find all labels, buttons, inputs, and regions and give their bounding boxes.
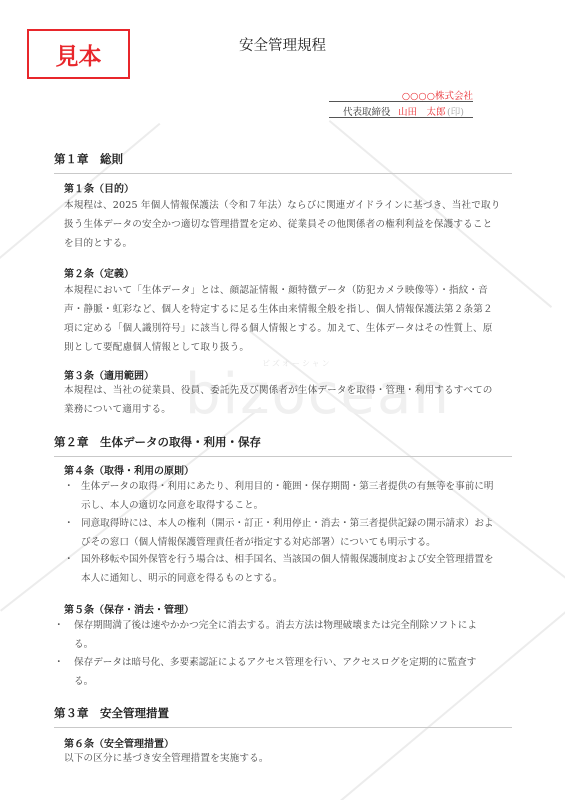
chapter-rule <box>54 727 512 728</box>
article-heading: 第５条（保存・消去・管理） <box>64 601 194 616</box>
text-line: 扱う生体データの安全かつ適切な管理措置を定め、従業員その他関係者の権利利益を保護… <box>64 215 510 234</box>
signature-block: ○○○○株式会社 代表取締役 山田 太郎 (印) <box>329 0 473 120</box>
text-line: る。 <box>74 672 510 691</box>
chapter-title: 第３章 安全管理措置 <box>54 706 169 720</box>
company-name: ○○○○株式会社 <box>402 88 473 102</box>
document-title: 安全管理規程 <box>0 34 565 55</box>
bullet-icon: ・ <box>54 653 64 672</box>
chapter-rule <box>54 173 512 174</box>
text-line: 本規程は、当社の従業員、役員、委託先及び関係者が生体データを取得・管理・利用する… <box>64 381 510 400</box>
chapter-rule <box>54 456 512 457</box>
article-heading: 第１条（目的） <box>64 180 134 195</box>
text-line: 示し、本人の適切な同意を取得すること。 <box>81 496 510 515</box>
seal-mark: (印) <box>447 104 464 118</box>
bullet-icon: ・ <box>64 550 74 569</box>
text-line: 以下の区分に基づき安全管理措置を実施する。 <box>64 749 510 768</box>
article-body: 本規程は、2025 年個人情報保護法（令和７年法）ならびに関連ガイドラインに基づ… <box>64 196 510 253</box>
article-body: 本規程は、当社の従業員、役員、委託先及び関係者が生体データを取得・管理・利用する… <box>64 381 510 419</box>
watermark-kana: ビズオーシャン <box>262 358 332 369</box>
text-line: 本規程において「生体データ」とは、顔認証情報・顔特徴データ（防犯カメラ映像等）・… <box>64 281 510 300</box>
text-line: 業務について適用する。 <box>64 400 510 419</box>
chapter-title: 第２章 生体データの取得・利用・保存 <box>54 435 261 449</box>
text-line: 則として要配慮個人情報として取り扱う。 <box>64 338 510 357</box>
article-heading: 第４条（取得・利用の原則） <box>64 462 194 477</box>
text-line: 本規程は、2025 年個人情報保護法（令和７年法）ならびに関連ガイドラインに基づ… <box>64 196 510 215</box>
representative-role: 代表取締役 <box>343 104 391 118</box>
text-line: 本人に通知し、明示的同意を得るものとする。 <box>81 569 510 588</box>
representative-name: 山田 太郎 <box>398 104 446 118</box>
text-line: を目的とする。 <box>64 234 510 253</box>
text-line: 国外移転や国外保管を行う場合は、相手国名、当該国の個人情報保護制度および安全管理… <box>81 550 510 569</box>
article-heading: 第２条（定義） <box>64 265 134 280</box>
article-heading: 第６条（安全管理措置） <box>64 735 174 750</box>
article-heading: 第３条（適用範囲） <box>64 367 154 382</box>
bullet-icon: ・ <box>64 514 74 533</box>
text-line: 生体データの取得・利用にあたり、利用目的・範囲・保存期間・第三者提供の有無等を事… <box>81 477 510 496</box>
article-body: 以下の区分に基づき安全管理措置を実施する。 <box>64 749 510 768</box>
text-line: る。 <box>74 635 510 654</box>
chapter-title: 第１章 総則 <box>54 152 123 166</box>
text-line: 同意取得時には、本人の権利（開示・訂正・利用停止・消去・第三者提供記録の開示請求… <box>81 514 510 533</box>
bullet-icon: ・ <box>54 616 64 635</box>
signature-rule <box>329 101 473 102</box>
bullet-icon: ・ <box>64 477 74 496</box>
signature-rule <box>329 117 473 118</box>
text-line: 保存データは暗号化、多要素認証によるアクセス管理を行い、アクセスログを定期的に監… <box>74 653 510 672</box>
text-line: 保存期間満了後は速やかかつ完全に消去する。消去方法は物理破壊または完全削除ソフト… <box>74 616 510 635</box>
chapter-heading: 第１章 総則 <box>54 151 512 167</box>
text-line: 項に定める「個人識別符号」に該当し得る個人情報とする。加えて、生体データはその性… <box>64 319 510 338</box>
chapter-heading: 第３章 安全管理措置 <box>54 705 512 721</box>
text-line: 声・静脈・虹彩など、個人を特定するに足る生体由来情報全般を指し、個人情報保護法第… <box>64 300 510 319</box>
article-body: 本規程において「生体データ」とは、顔認証情報・顔特徴データ（防犯カメラ映像等）・… <box>64 281 510 357</box>
chapter-heading: 第２章 生体データの取得・利用・保存 <box>54 434 512 450</box>
